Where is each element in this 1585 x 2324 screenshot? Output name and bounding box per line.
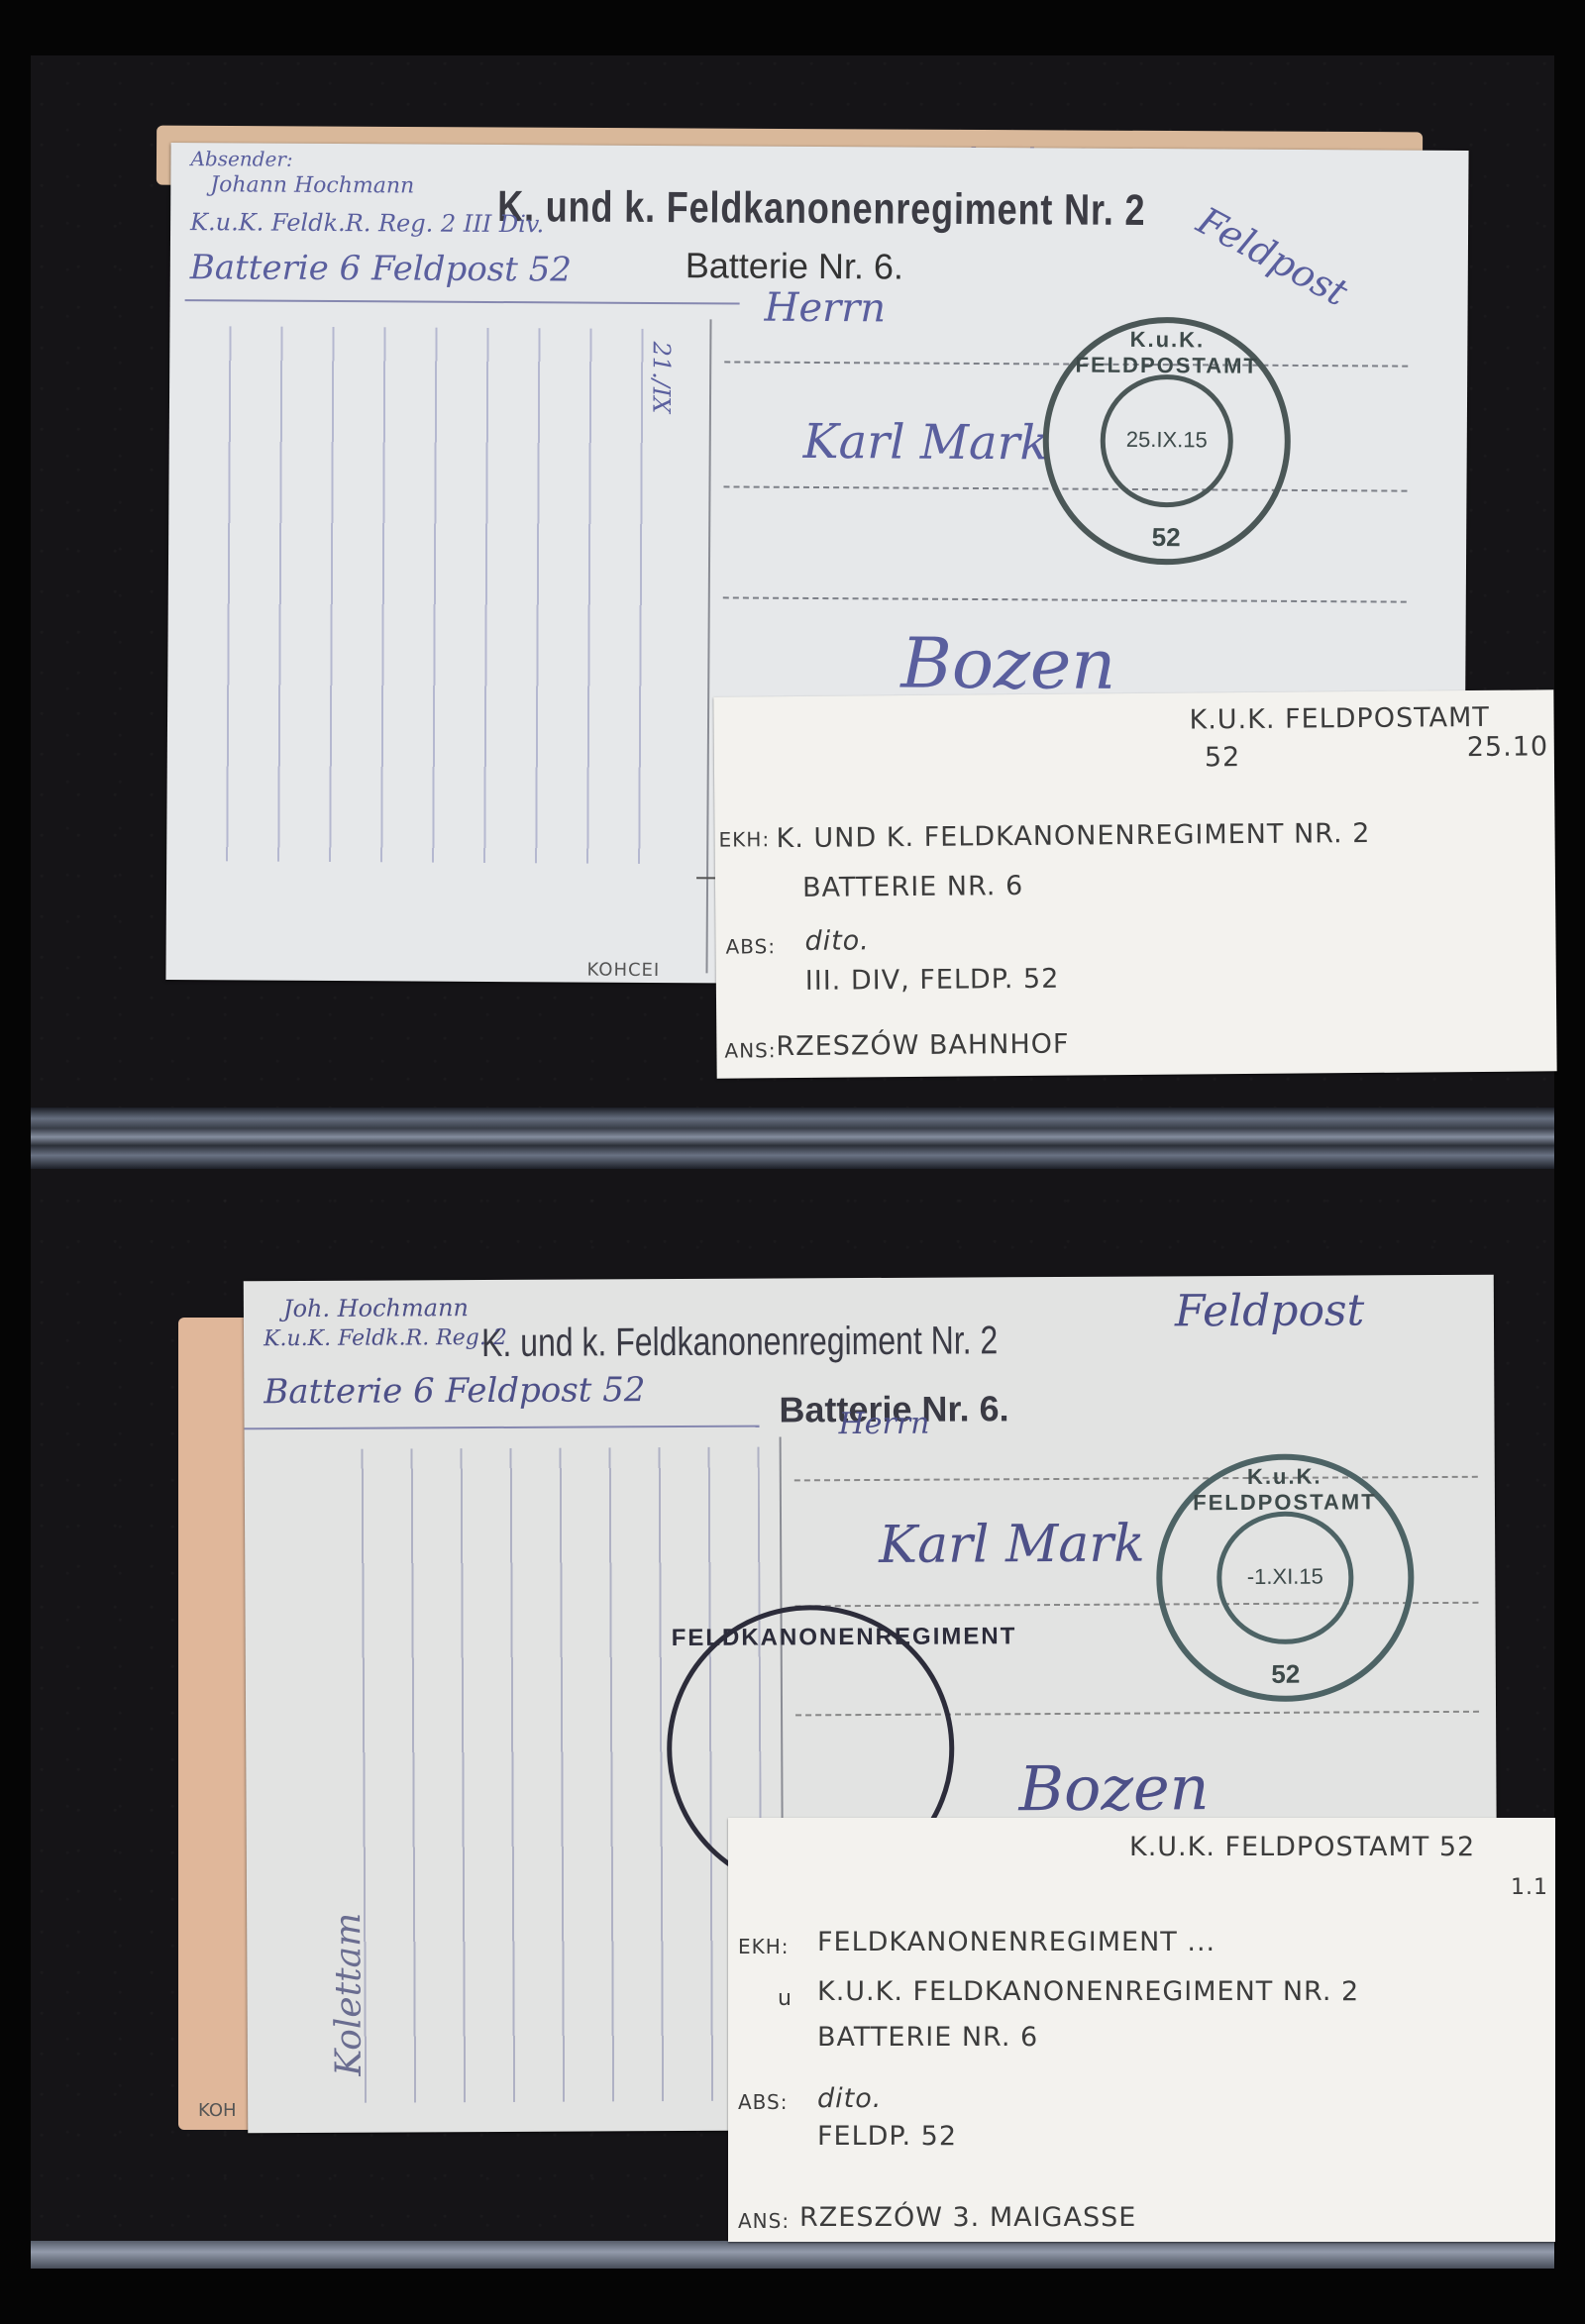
card-2-side-note: Feldpost — [1175, 1285, 1365, 1336]
label-1-line: RZESZÓW BAHNHOF — [776, 1029, 1069, 1063]
mount-strip-bottom — [31, 2241, 1554, 2269]
label-2-key: ABS: — [738, 2090, 788, 2114]
description-label-2: K.U.K. FELDPOSTAMT 52 1.1 EKH: FELDKANON… — [728, 1818, 1555, 2242]
label-2-line: BATTERIE NR. 6 — [817, 2022, 1038, 2053]
label-1-key: ANS: — [724, 1038, 776, 1062]
label-2-line: FELDKANONENREGIMENT ... — [817, 1927, 1215, 1957]
label-2-key: EKH: — [738, 1935, 790, 1958]
label-1-line: BATTERIE NR. 6 — [802, 871, 1023, 903]
label-1-line: dito. — [804, 925, 870, 957]
label-2-line: K.U.K. FELDKANONENREGIMENT NR. 2 — [817, 1976, 1359, 2007]
description-label-1: K.U.K. FELDPOSTAMT 52 25.10 EKH: K. UND … — [713, 689, 1556, 1078]
card-1-sender-line: Absender: — [190, 147, 292, 171]
card-2-postmark: K.u.K. FELDPOSTAMT -1.XI.15 52 — [1156, 1453, 1415, 1702]
card-1-addressee-line: Karl Mark — [803, 414, 1049, 472]
card-1-addressee-line: Bozen — [900, 623, 1115, 705]
card-1-addressee-line: Herrn — [764, 285, 886, 332]
card-1-sender-underline — [185, 299, 740, 304]
label-1-key: ABS: — [725, 934, 776, 958]
card-2-sender-line: Joh. Hochmann — [283, 1294, 469, 1322]
label-2-header-date: 1.1 — [1511, 1875, 1548, 1900]
label-1-header: K.U.K. FELDPOSTAMT — [1189, 702, 1490, 736]
card-1-side-note: Feldpost — [1190, 198, 1354, 314]
card-2-sender-line: K.u.K. Feldk.R. Reg. 2 — [264, 1325, 507, 1351]
card-1-printed-header: K. und k. Feldkanonenregiment Nr. 2 — [497, 182, 1145, 236]
label-1-key: EKH: — [718, 827, 770, 851]
mount-strip-middle — [31, 1108, 1554, 1169]
card-2-addressee-line: Karl Mark — [879, 1515, 1145, 1575]
card-2-sender-underline — [245, 1426, 760, 1430]
card-1-message-text — [186, 326, 685, 864]
label-2-line: dito. — [817, 2083, 882, 2114]
card-1-divider — [705, 319, 711, 973]
label-1-line: III. DIV, FELDP. 52 — [805, 964, 1060, 997]
card-1-sender-line: Johann Hochmann — [210, 172, 414, 198]
address-line — [723, 596, 1407, 602]
card-2-sender-line: Batterie 6 Feldpost 52 — [264, 1370, 645, 1412]
card-1-sender-line: Batterie 6 Feldpost 52 — [190, 248, 572, 289]
label-1-line: K. UND K. FELDKANONENREGIMENT NR. 2 — [776, 818, 1370, 854]
label-1-header-date: 25.10 — [1467, 731, 1549, 763]
card-2-addressee-line: Bozen — [1018, 1751, 1210, 1825]
card-1-sender-line: K.u.K. Feldk.R. Reg. 2 III Div. — [190, 208, 544, 238]
label-2-line: RZESZÓW 3. MAIGASSE — [799, 2202, 1136, 2233]
card-2-printed-header: K. und k. Feldkanonenregiment Nr. 2 — [481, 1319, 998, 1366]
label-2-key: ANS: — [738, 2209, 790, 2233]
card-2-addressee-line: Herrn — [838, 1407, 929, 1441]
card-1-printed-sub: Batterie Nr. 6. — [686, 245, 903, 287]
label-2-header: K.U.K. FELDPOSTAMT 52 — [1129, 1832, 1475, 1862]
label-2-line: FELDP. 52 — [817, 2121, 957, 2152]
label-1-header-num: 52 — [1205, 742, 1241, 773]
card-1-postmark: K.u.K. FELDPOSTAMT 25.IX.15 52 — [1042, 316, 1292, 566]
card-1-pencil-note: KOHCEI — [586, 960, 660, 981]
card-2-pencil-note: KOH — [198, 2100, 237, 2121]
label-2-key: u — [778, 1986, 792, 2011]
